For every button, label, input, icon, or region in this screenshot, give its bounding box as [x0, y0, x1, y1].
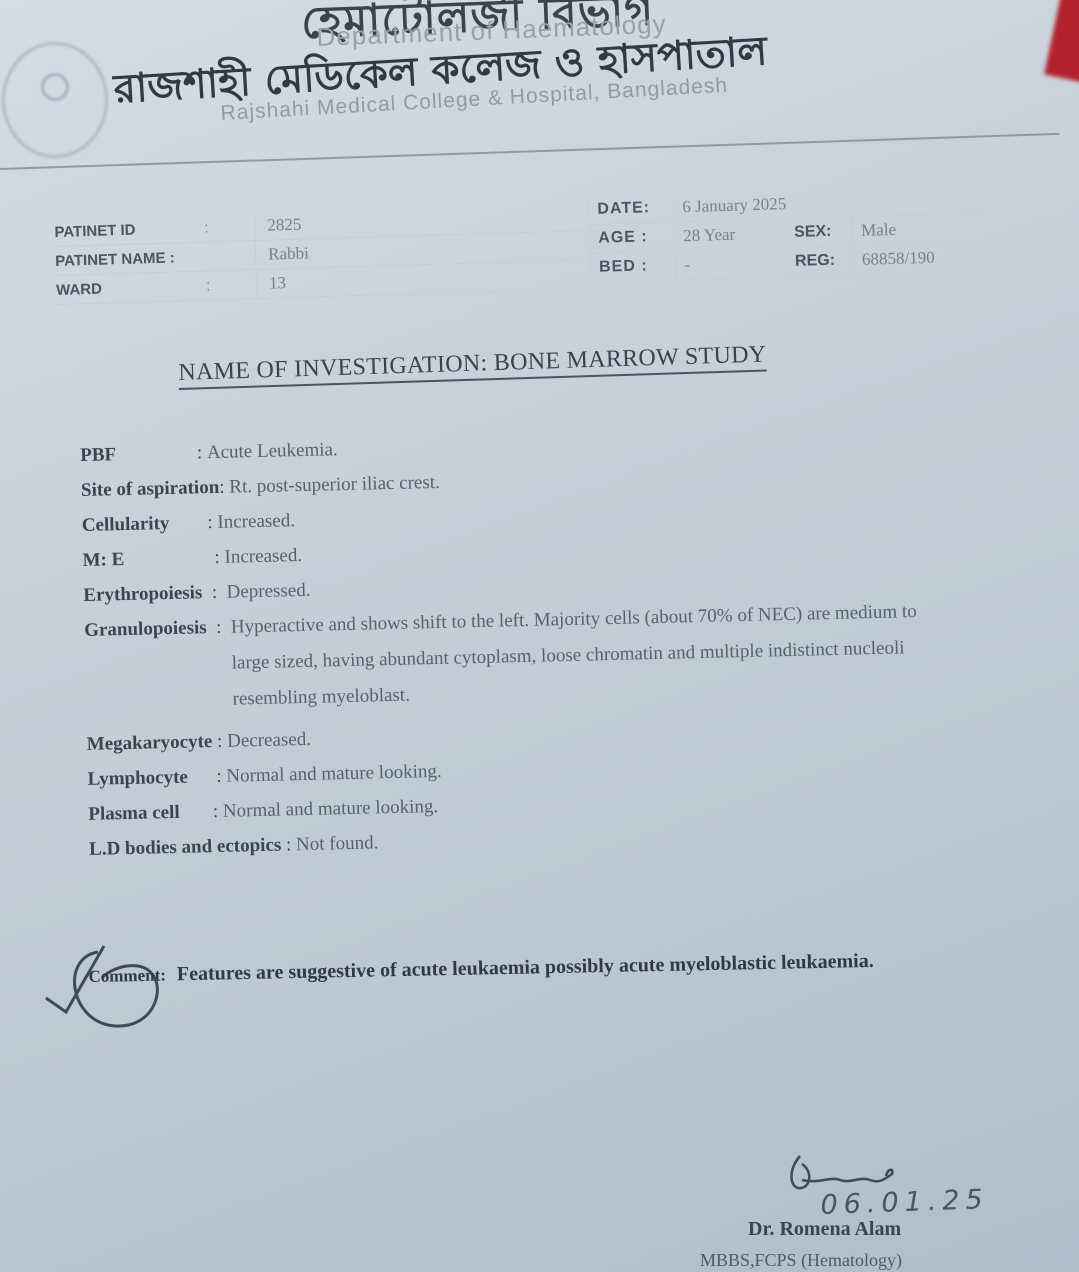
patient-name-label: PATINET NAME :: [55, 248, 205, 269]
date-value: 6 January 2025: [673, 190, 787, 221]
finding-separator: :: [124, 547, 225, 571]
finding-label: Erythropoiesis: [83, 582, 202, 607]
patient-name-value: Rabbi: [256, 243, 309, 265]
finding-label: L.D bodies and ectopics: [89, 835, 282, 861]
investigation-title: NAME OF INVESTIGATION: BONE MARROW STUDY: [178, 342, 767, 390]
finding-row: Megakaryocyte : Decreased.: [87, 714, 987, 756]
finding-value: Decreased.: [227, 729, 311, 753]
handwritten-date: 06.01.25: [820, 1184, 989, 1221]
finding-separator: :: [179, 801, 223, 824]
date-label: DATE:: [589, 198, 673, 218]
finding-row: L.D bodies and ectopics : Not found.: [89, 818, 989, 860]
visit-info-table: DATE: 6 January 2025 AGE : 28 Year SEX: …: [588, 184, 981, 283]
finding-value: Not found.: [296, 832, 379, 856]
finding-value: Rt. post-superior iliac crest.: [229, 472, 440, 499]
separator: :: [204, 212, 256, 242]
finding-value: Hyperactive and shows shift to the left.…: [231, 594, 933, 718]
patient-id-label: PATINET ID: [54, 219, 204, 240]
sex-label: SEX:: [785, 217, 853, 247]
finding-row: PBF : Acute Leukemia.: [80, 425, 980, 467]
finding-label: PBF: [80, 444, 116, 467]
sex-value: Male: [852, 216, 897, 245]
comment-block: Comment: Features are suggestive of acut…: [88, 934, 919, 1003]
doctor-qualification: MBBS,FCPS (Hematology): [700, 1250, 902, 1271]
finding-separator: :: [219, 477, 230, 499]
finding-separator: :: [202, 582, 227, 605]
patient-info-table: PATINET ID : 2825 PATINET NAME : Rabbi W…: [54, 202, 596, 305]
finding-label: Megakaryocyte: [87, 731, 213, 756]
finding-label: Site of aspiration: [81, 477, 220, 502]
finding-label: M: E: [82, 549, 124, 572]
separator: :: [206, 270, 258, 300]
age-value: 28 Year: [674, 219, 786, 250]
finding-separator: :: [281, 834, 296, 856]
patient-id-value: 2825: [255, 215, 302, 236]
finding-separator: :: [116, 442, 207, 466]
findings-list: PBF : Acute Leukemia. Site of aspiration…: [80, 425, 990, 874]
comment-label: Comment:: [88, 950, 166, 1003]
ward-label: WARD: [56, 277, 206, 298]
finding-row: Site of aspiration: Rt. post-superior il…: [81, 460, 981, 502]
finding-value: Depressed.: [226, 580, 310, 604]
finding-label: Plasma cell: [88, 802, 180, 826]
doctor-name: Dr. Romena Alam: [748, 1218, 901, 1241]
finding-label: Cellularity: [82, 513, 170, 537]
reg-label: REG:: [786, 246, 854, 276]
age-label: AGE :: [590, 227, 674, 247]
header-divider: [0, 133, 1059, 170]
finding-separator: :: [188, 766, 227, 789]
finding-row: Cellularity : Increased.: [82, 495, 982, 537]
finding-value: Increased.: [224, 545, 302, 569]
ward-value: 13: [257, 273, 287, 294]
red-background-edge: [1044, 0, 1079, 84]
bed-label: BED :: [591, 256, 675, 276]
finding-label: Granulopoiesis: [84, 617, 207, 642]
finding-value: Normal and mature looking.: [226, 761, 442, 788]
reg-value: 68858/190: [853, 244, 936, 274]
finding-label: Lymphocyte: [87, 767, 188, 791]
finding-row: Plasma cell : Normal and mature looking.: [88, 783, 988, 825]
finding-separator: :: [169, 512, 218, 535]
finding-row: Lymphocyte : Normal and mature looking.: [87, 748, 987, 790]
finding-separator: :: [206, 617, 231, 640]
finding-value: Acute Leukemia.: [207, 439, 338, 464]
comment-text: Features are suggestive of acute leukaem…: [177, 950, 874, 985]
finding-value: Normal and mature looking.: [223, 796, 439, 823]
finding-value: Increased.: [217, 510, 295, 534]
finding-row: Granulopoiesis : Hyperactive and shows s…: [84, 600, 986, 721]
separator: [205, 241, 257, 271]
hospital-logo-icon: [2, 42, 108, 158]
finding-separator: :: [212, 731, 227, 753]
lab-report-page: হেমাটোলজী বিভাগ Department of Haematolog…: [0, 0, 1079, 1272]
bed-value: -: [675, 248, 787, 279]
finding-row: M: E : Increased.: [82, 530, 982, 572]
